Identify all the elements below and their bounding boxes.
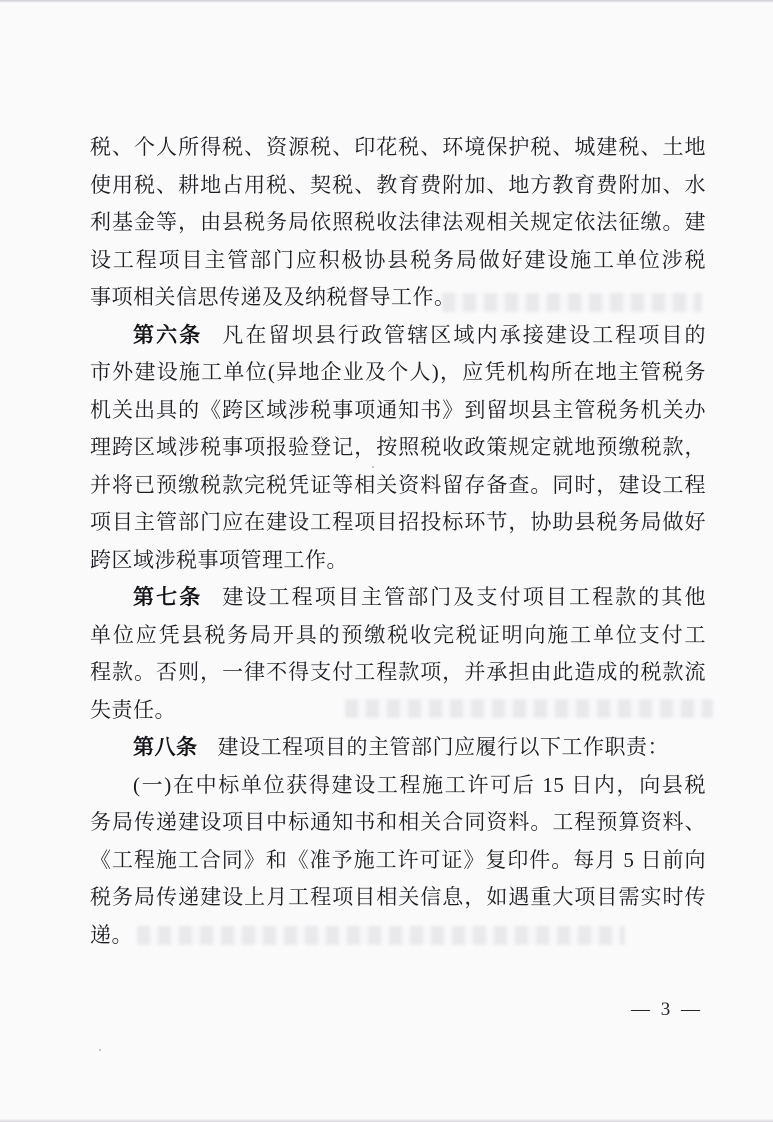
text-line: 并将已预缴税款完税凭证等相关资料留存备查。同时，建设工程 bbox=[90, 467, 706, 505]
text-line: 单位应凭县税务局开具的预缴税收完税证明向施工单位支付工 bbox=[90, 617, 706, 655]
line-text: 机关出具的《跨区域涉税事项通知书》到留坝县主管税务机关办 bbox=[90, 398, 706, 422]
line-text: 利基金等，由县税务局依照税收法律法观相关规定依法征缴。建 bbox=[90, 210, 706, 234]
article-number: 第七条 bbox=[133, 585, 202, 609]
line-text: 使用税、耕地占用税、契税、教育费附加、地方教育费附加、水 bbox=[90, 173, 706, 197]
line-text: 递。 bbox=[90, 923, 133, 947]
text-line: 设工程项目主管部门应积极协县税务局做好建设施工单位涉税 bbox=[90, 242, 706, 280]
line-text: 市外建设施工单位(异地企业及个人)，应凭机构所在地主管税务 bbox=[90, 360, 706, 384]
line-text: 《工程施工合同》和《准予施工许可证》复印件。每月 5 日前向 bbox=[90, 848, 706, 872]
text-line: 项目主管部门应在建设工程项目招投标环节，协助县税务局做好 bbox=[90, 504, 706, 542]
text-line-article-6: 第六条凡在留坝县行政管辖区域内承接建设工程项目的 bbox=[90, 317, 706, 355]
text-line: 《工程施工合同》和《准予施工许可证》复印件。每月 5 日前向 bbox=[90, 842, 706, 880]
text-line: 务局传递建设项目中标通知书和相关合同资料。工程预算资料、 bbox=[90, 804, 706, 842]
scanned-document-page: 税、个人所得税、资源税、印花税、环境保护税、城建税、土地 使用税、耕地占用税、契… bbox=[0, 0, 773, 1122]
text-line: 机关出具的《跨区域涉税事项通知书》到留坝县主管税务机关办 bbox=[90, 392, 706, 430]
text-line: 税、个人所得税、资源税、印花税、环境保护税、城建税、土地 bbox=[90, 129, 706, 167]
line-text: 单位应凭县税务局开具的预缴税收完税证明向施工单位支付工 bbox=[90, 623, 706, 647]
line-text: 事项相关信思传递及及纳税督导工作。 bbox=[90, 285, 456, 309]
line-text: 跨区域涉税事项管理工作。 bbox=[90, 548, 348, 572]
page-number: — 3 — bbox=[631, 998, 703, 1022]
line-text: 建设工程项目主管部门及支付项目工程款的其他 bbox=[222, 585, 706, 609]
line-text: 税务局传递建设上月工程项目相关信息，如遇重大项目需实时传 bbox=[90, 885, 706, 909]
text-line: 理跨区域涉税事项报验登记，按照税收政策规定就地预缴税款， bbox=[90, 429, 706, 467]
text-line: 利基金等，由县税务局依照税收法律法观相关规定依法征缴。建 bbox=[90, 204, 706, 242]
bleed-through-artifact bbox=[442, 293, 702, 312]
text-line-article-7: 第七条建设工程项目主管部门及支付项目工程款的其他 bbox=[90, 579, 706, 617]
text-line: 市外建设施工单位(异地企业及个人)，应凭机构所在地主管税务 bbox=[90, 354, 706, 392]
line-text: 理跨区域涉税事项报验登记，按照税收政策规定就地预缴税款， bbox=[90, 435, 706, 459]
line-text: 建设工程项目的主管部门应履行以下工作职责： bbox=[218, 735, 670, 759]
text-line: 跨区域涉税事项管理工作。 bbox=[90, 542, 706, 580]
document-body-text: 税、个人所得税、资源税、印花税、环境保护税、城建税、土地 使用税、耕地占用税、契… bbox=[90, 129, 706, 954]
text-line: (一)在中标单位获得建设工程施工许可后 15 日内，向县税 bbox=[90, 767, 706, 805]
text-line-article-8: 第八条建设工程项目的主管部门应履行以下工作职责： bbox=[90, 729, 706, 767]
bleed-through-artifact bbox=[137, 926, 625, 945]
line-text: 凡在留坝县行政管辖区域内承接建设工程项目的 bbox=[222, 323, 706, 347]
article-number: 第八条 bbox=[133, 735, 198, 759]
text-line: 使用税、耕地占用税、契税、教育费附加、地方教育费附加、水 bbox=[90, 167, 706, 205]
line-text: 失责任。 bbox=[90, 698, 176, 722]
line-text: 程款。否则，一律不得支付工程款项，并承担由此造成的税款流 bbox=[90, 660, 706, 684]
bleed-through-artifact bbox=[345, 699, 713, 718]
scan-speck bbox=[99, 1049, 101, 1051]
scan-speck bbox=[372, 466, 374, 468]
text-line: 程款。否则，一律不得支付工程款项，并承担由此造成的税款流 bbox=[90, 654, 706, 692]
line-text: 务局传递建设项目中标通知书和相关合同资料。工程预算资料、 bbox=[90, 810, 706, 834]
line-text: 项目主管部门应在建设工程项目招投标环节，协助县税务局做好 bbox=[90, 510, 706, 534]
line-text: 设工程项目主管部门应积极协县税务局做好建设施工单位涉税 bbox=[90, 248, 706, 272]
article-number: 第六条 bbox=[133, 323, 202, 347]
line-text: (一)在中标单位获得建设工程施工许可后 15 日内，向县税 bbox=[133, 773, 706, 797]
scan-edge-top bbox=[0, 0, 773, 3]
line-text: 并将已预缴税款完税凭证等相关资料留存备查。同时，建设工程 bbox=[90, 473, 706, 497]
line-text: 税、个人所得税、资源税、印花税、环境保护税、城建税、土地 bbox=[90, 135, 706, 159]
text-line: 税务局传递建设上月工程项目相关信息，如遇重大项目需实时传 bbox=[90, 879, 706, 917]
